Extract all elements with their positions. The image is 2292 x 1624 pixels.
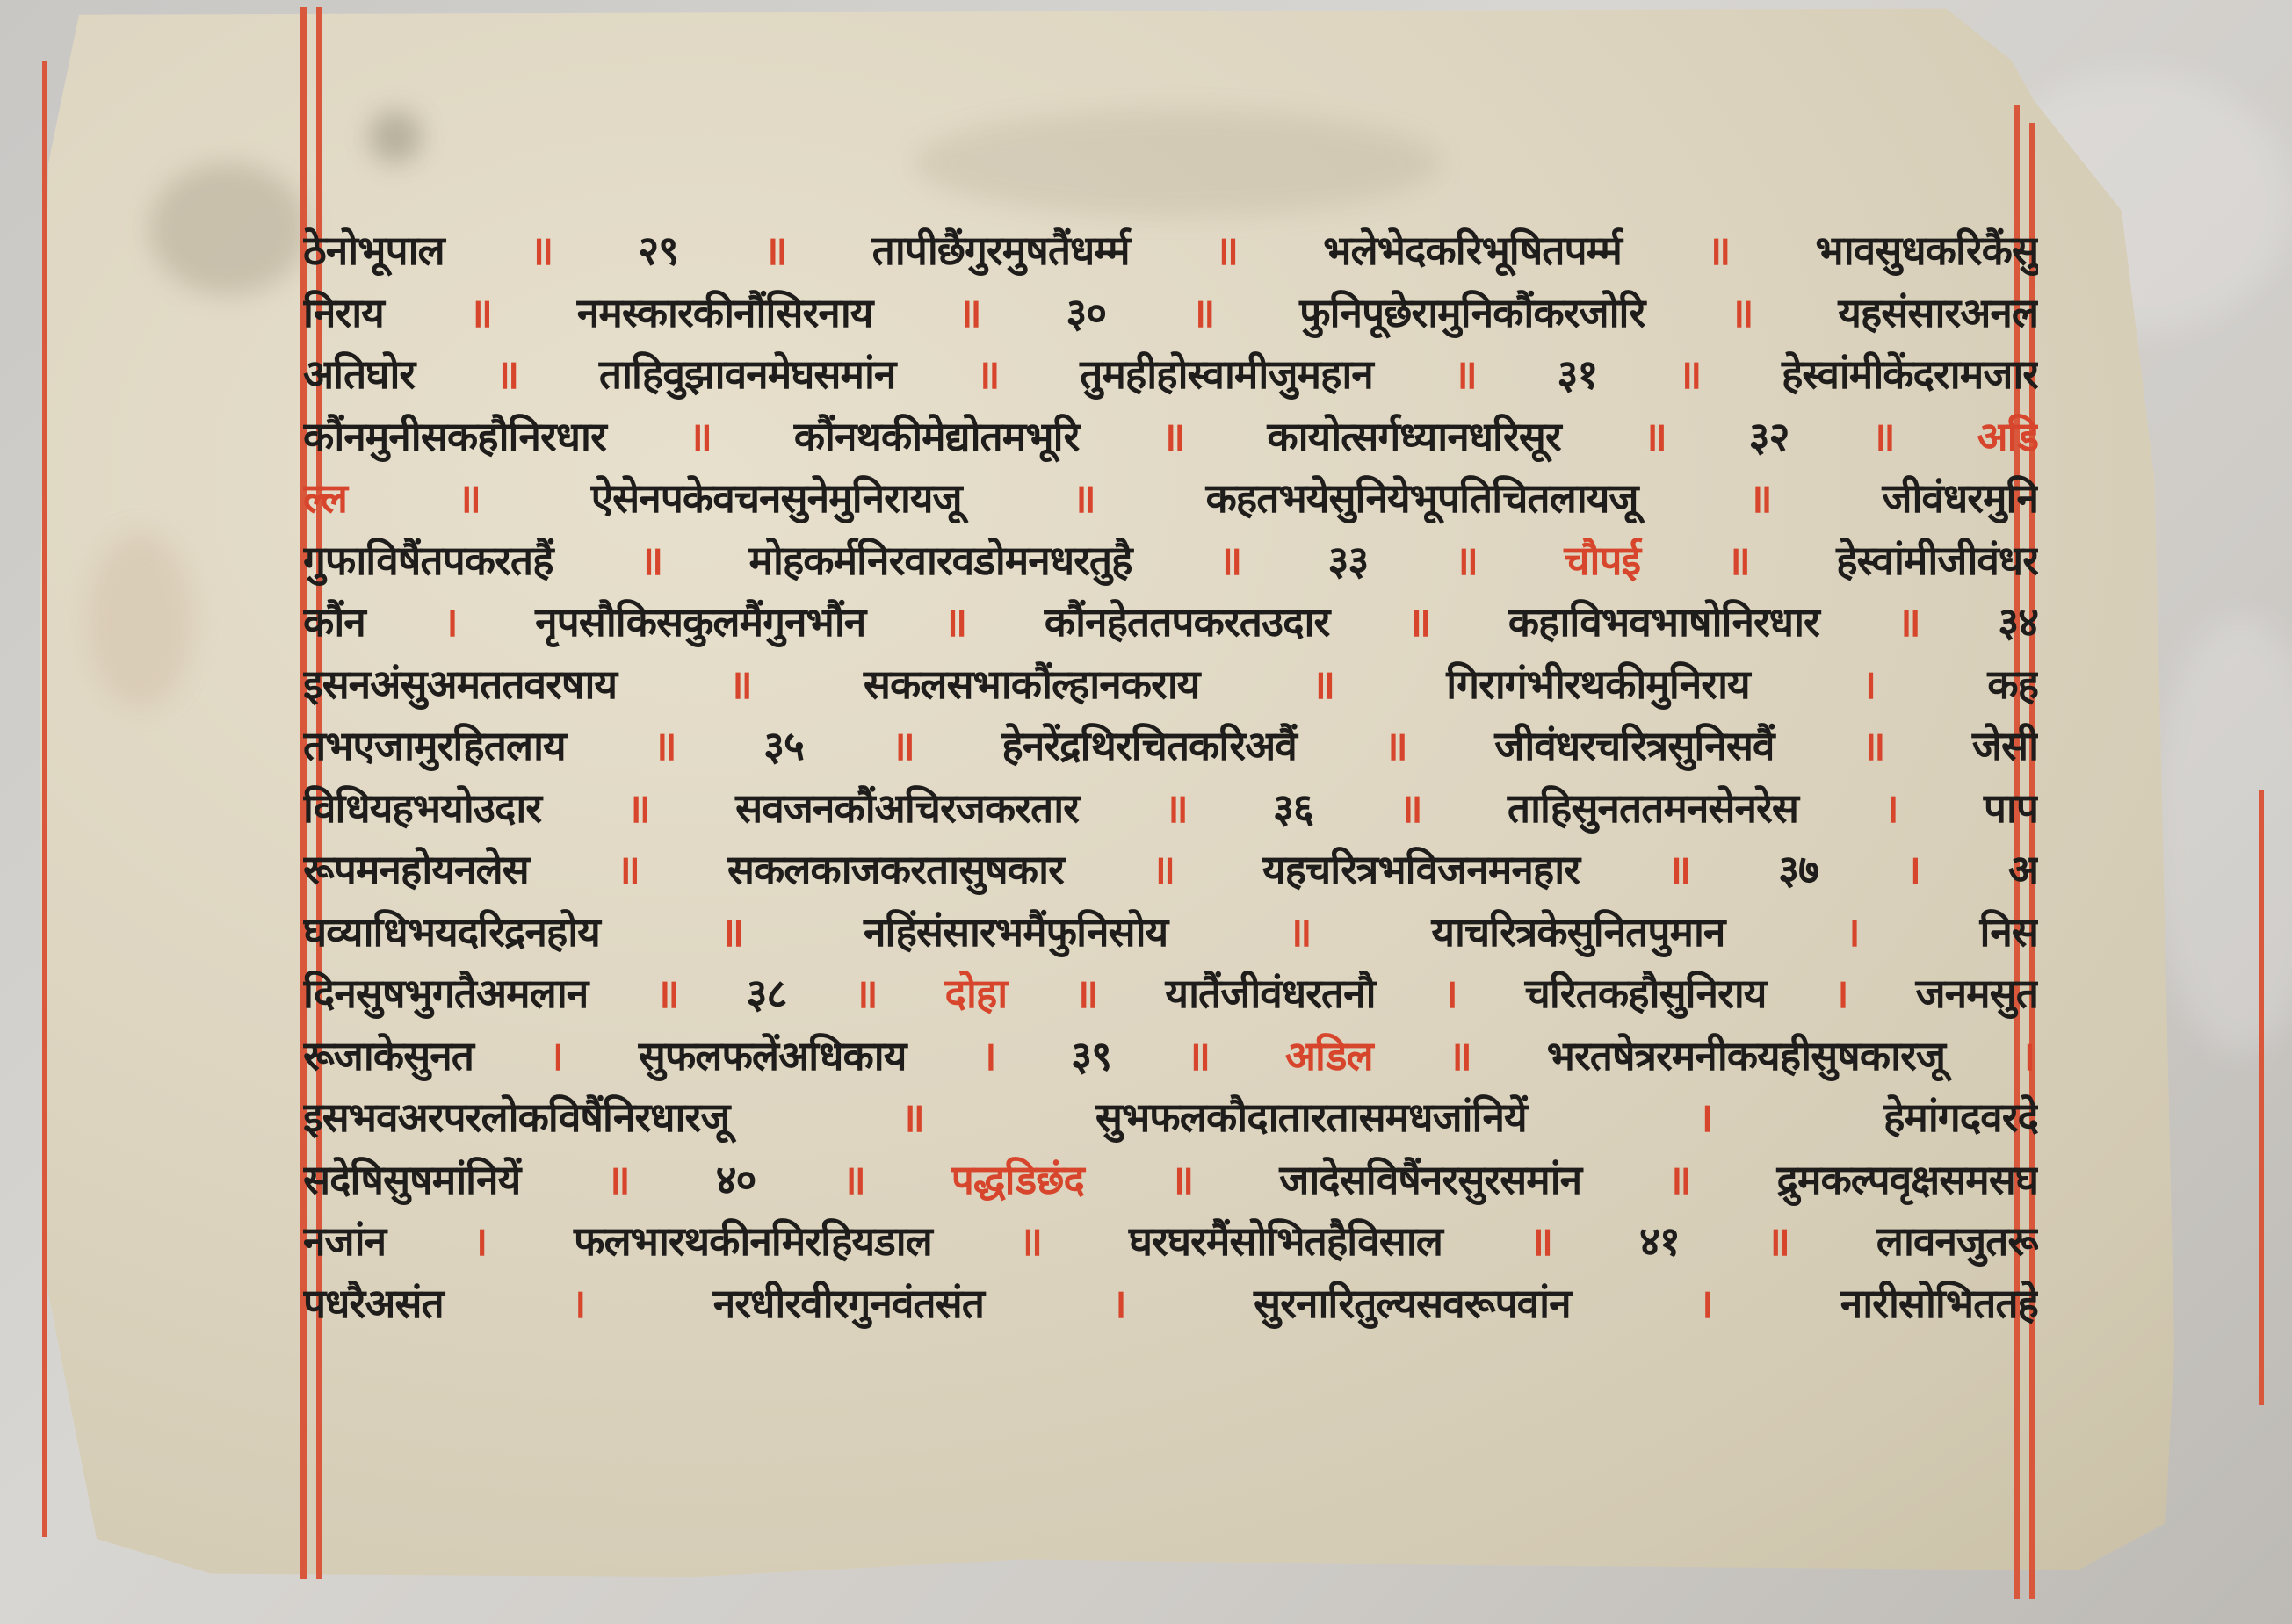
verse-text: द्रुमकल्पवृक्षसमसघ — [1777, 1156, 2038, 1203]
manuscript-line: नजांन । फलभारथकीनमिरहियडाल ॥ घरघरमैंसोभि… — [303, 1210, 2038, 1273]
danda-mark: ॥ — [854, 970, 878, 1017]
danda-mark: । — [981, 1032, 995, 1079]
verse-text: सकलकाजकरतासुषकार — [727, 846, 1064, 893]
verse-text: यहसंसारअनल — [1838, 289, 2038, 336]
danda-mark: । — [1883, 784, 1898, 832]
danda-mark: ॥ — [1862, 722, 1885, 769]
danda-mark: ॥ — [653, 722, 676, 769]
verse-text: पाप — [1984, 784, 2038, 832]
verse-text: सुरनारितुल्यसवरूपवांन — [1254, 1280, 1571, 1327]
danda-mark: ॥ — [900, 1093, 924, 1141]
verse-text: निस — [1979, 908, 2038, 956]
danda-mark: ॥ — [495, 350, 519, 398]
verse-text: ३५ — [763, 722, 804, 769]
verse-text: ३७ — [1778, 846, 1818, 893]
verse-text: ३९ — [1071, 1032, 1111, 1079]
manuscript-line: विधियहभयोउदार ॥ सवजनकौंअचिरजकरतार ॥ ३६ ॥… — [303, 777, 2038, 840]
danda-mark: । — [571, 1280, 585, 1327]
verse-text: फलभारथकीनमिरहियडाल — [574, 1217, 932, 1265]
stain — [2187, 383, 2223, 444]
verse-text: हेस्वांमीकेंदरामजार — [1782, 350, 2038, 398]
verse-text: ऐसेनपकेवचनसुनेमुनिरायजू — [591, 474, 962, 522]
verse-text: नजांन — [303, 1217, 386, 1265]
verse-text: पधरैअसंत — [303, 1280, 444, 1327]
verse-text: सुभफलकौदातारतासमधजांनियें — [1095, 1093, 1527, 1141]
danda-mark: । — [1698, 1280, 1712, 1327]
verse-text: जनमसुत — [1916, 970, 2038, 1017]
danda-mark: ॥ — [891, 722, 915, 769]
danda-mark: ॥ — [842, 1156, 865, 1203]
danda-mark: ॥ — [944, 598, 967, 646]
danda-mark: ॥ — [1170, 1156, 1194, 1203]
manuscript-line: सदेषिसुषमांनियें ॥ ४० ॥ पद्धडिछंद ॥ जादे… — [303, 1149, 2038, 1211]
verse-text: सकलसभाकौंल्हानकराय — [864, 660, 1200, 708]
verse-text: जीवंधरचरित्रसुनिसवैं — [1494, 722, 1774, 769]
danda-mark: ॥ — [1407, 598, 1431, 646]
danda-mark: ॥ — [1161, 413, 1185, 460]
danda-mark: ॥ — [958, 289, 981, 336]
danda-mark: ॥ — [1643, 413, 1667, 460]
verse-text: फुनिपूछेरामुनिकौंकरजोरि — [1299, 289, 1645, 336]
danda-mark: ॥ — [617, 846, 640, 893]
verse-text: नमस्कारकीनौंसिरनाय — [577, 289, 873, 336]
manuscript-line: ठेनोभूपाल ॥ २९ ॥ तापीछैंगुरमुषतैंधर्म्म … — [303, 220, 2038, 282]
verse-text: याचरित्रकेसुनितपुमान — [1431, 908, 1724, 956]
danda-mark: ॥ — [1748, 474, 1772, 522]
rubric-heading: ल्ल — [303, 474, 347, 522]
danda-mark: ॥ — [1215, 227, 1239, 274]
verse-text: अतिघोर — [303, 350, 415, 398]
danda-mark: । — [1698, 1093, 1712, 1141]
verse-text: ३८ — [746, 970, 786, 1017]
danda-mark: । — [1845, 908, 1859, 956]
rubric-heading: दोहा — [945, 970, 1008, 1017]
danda-mark: ॥ — [1767, 1217, 1790, 1265]
danda-mark: ॥ — [458, 474, 481, 522]
danda-mark: ॥ — [728, 660, 752, 708]
cloth-highlight — [2152, 615, 2292, 1054]
verse-text: कौंनमुनीसकहौनिरधार — [303, 413, 606, 460]
verse-text: सदेषिसुषमांनियें — [303, 1156, 520, 1203]
danda-mark: ॥ — [1667, 846, 1691, 893]
danda-mark: ॥ — [1187, 1032, 1211, 1079]
danda-mark: । — [1442, 970, 1457, 1017]
verse-text: ४० — [716, 1156, 756, 1203]
danda-mark: ॥ — [1448, 1032, 1471, 1079]
verse-text: हेमांगदवरदे — [1883, 1093, 2038, 1141]
verse-text: कौंन — [303, 598, 365, 646]
stain — [369, 111, 422, 163]
danda-mark: । — [443, 598, 457, 646]
manuscript-line: घव्याधिभयदरिद्रनहोय ॥ नहिंसंसारभमैंफुनिस… — [303, 901, 2038, 964]
danda-mark: । — [549, 1032, 563, 1079]
verse-text: चरितकहौसुनिराय — [1525, 970, 1767, 1017]
danda-mark: ॥ — [606, 1156, 630, 1203]
danda-mark: ॥ — [1667, 1156, 1691, 1203]
verse-text: ३२ — [1749, 413, 1789, 460]
verse-text: तापीछैंगुरमुषतैंधर्म्म — [872, 227, 1130, 274]
danda-mark: । — [1862, 660, 1876, 708]
manuscript-line: निराय ॥ नमस्कारकीनौंसिरनाय ॥ ३० ॥ फुनिपू… — [303, 282, 2038, 344]
danda-mark: ॥ — [1218, 537, 1242, 584]
verse-text: जीवंधरमुनि — [1882, 474, 2038, 522]
verse-text: भरतषेत्ररमनीकयहीसुषकारजू — [1547, 1032, 1945, 1079]
rubric-heading: अडि — [1977, 413, 2038, 460]
danda-mark: ॥ — [655, 970, 679, 1017]
margin-rule-outer-right — [2259, 790, 2264, 1405]
stain — [149, 163, 307, 295]
verse-text: नृपसौकिसकुलमैंगुनभौंन — [535, 598, 865, 646]
verse-text: ३३ — [1328, 537, 1369, 584]
verse-text: दिनसुषभुगतैअमलान — [303, 970, 588, 1017]
danda-mark: ॥ — [1019, 1217, 1043, 1265]
danda-mark: । — [1906, 846, 1920, 893]
danda-mark: ॥ — [1072, 474, 1095, 522]
verse-text: तभएजामुरहितलाय — [303, 722, 566, 769]
danda-mark: । — [2021, 1032, 2035, 1079]
verse-text: यहचरित्रभविजनमनहार — [1262, 846, 1580, 893]
verse-text: कह — [1987, 660, 2038, 708]
danda-mark: ॥ — [1152, 846, 1175, 893]
stain — [88, 532, 193, 708]
verse-text: कौंनथकीमेद्योतमभूरि — [794, 413, 1080, 460]
verse-text: ३० — [1066, 289, 1106, 336]
stain — [914, 111, 1441, 216]
verse-text: हेस्वांमीजीवंधर — [1836, 537, 2038, 584]
danda-mark: ॥ — [1312, 660, 1335, 708]
verse-text: ताहिवुझावनमेघसमांन — [599, 350, 896, 398]
danda-mark: ॥ — [1678, 350, 1702, 398]
danda-mark: ॥ — [640, 537, 663, 584]
danda-mark: ॥ — [688, 413, 712, 460]
verse-text: भावसुधकरिकैंसु — [1815, 227, 2038, 274]
verse-text: विधियहभयोउदार — [303, 784, 541, 832]
danda-mark: । — [1833, 970, 1847, 1017]
manuscript-line: अतिघोर ॥ ताहिवुझावनमेघसमांन ॥ तुमहीहोस्व… — [303, 343, 2038, 406]
verse-text: जादेसविषैंनरसुरसमांन — [1279, 1156, 1581, 1203]
verse-text: ४१ — [1639, 1217, 1680, 1265]
danda-mark: ॥ — [720, 908, 744, 956]
verse-text: नारीसोभिततहे — [1840, 1280, 2038, 1327]
manuscript-text: ठेनोभूपाल ॥ २९ ॥ तापीछैंगुरमुषतैंधर्म्म … — [303, 220, 2038, 1334]
verse-text: तुमहीहोस्वामीजुमहान — [1080, 350, 1373, 398]
rubric-heading: अडिल — [1285, 1032, 1373, 1079]
danda-mark: ॥ — [626, 784, 650, 832]
verse-text: ताहिसुनततमनसेनरेस — [1508, 784, 1798, 832]
rubric-heading: चौपई — [1564, 537, 1640, 584]
manuscript-line: रूपमनहोयनलेस ॥ सकलकाजकरतासुषकार ॥ यहचरित… — [303, 839, 2038, 901]
verse-text: इसभवअरपरलोकविषैंनिरधारजू — [303, 1093, 729, 1141]
verse-text: कहाविभवभाषोनिरधार — [1508, 598, 1819, 646]
manuscript-line: तभएजामुरहितलाय ॥ ३५ ॥ हेनरेंद्रथिरचितकरि… — [303, 715, 2038, 777]
margin-rule-outer-left — [42, 61, 47, 1537]
danda-mark: ॥ — [1384, 722, 1407, 769]
verse-text: अ — [2008, 846, 2038, 893]
verse-text: मोहकर्मनिरवारवडोमनधरतुहै — [748, 537, 1132, 584]
verse-text: इसनअंसुअमततवरषाय — [303, 660, 617, 708]
danda-mark: ॥ — [1726, 537, 1750, 584]
verse-text: नहिंसंसारभमैंफुनिसोय — [864, 908, 1168, 956]
manuscript-line: गुफाविषैंतपकरतहैं ॥ मोहकर्मनिरवारवडोमनधर… — [303, 530, 2038, 592]
danda-mark: ॥ — [1453, 350, 1477, 398]
danda-mark: ॥ — [530, 227, 553, 274]
manuscript-line: पधरैअसंत । नरधीरवीरगुनवंतसंत । सुरनारितु… — [303, 1273, 2038, 1335]
verse-text: नरधीरवीरगुनवंतसंत — [713, 1280, 984, 1327]
danda-mark: ॥ — [469, 289, 493, 336]
verse-text: ३४ — [1998, 598, 2038, 646]
verse-text: सुफलफलेंअधिकाय — [639, 1032, 907, 1079]
manuscript-line: इसभवअरपरलोकविषैंनिरधारजू ॥ सुभफलकौदातारत… — [303, 1086, 2038, 1149]
danda-mark: ॥ — [1455, 537, 1479, 584]
verse-text: कहतभयेसुनियेभूपतिचितलायजू — [1205, 474, 1638, 522]
manuscript-line: रूजाकेसुनत । सुफलफलेंअधिकाय । ३९ ॥ अडिल … — [303, 1025, 2038, 1087]
verse-text: रूजाकेसुनत — [303, 1032, 474, 1079]
verse-text: निराय — [303, 289, 384, 336]
manuscript-line: कौंन । नृपसौकिसकुलमैंगुनभौंन ॥ कौंनहेततप… — [303, 591, 2038, 653]
manuscript-line: ल्ल ॥ ऐसेनपकेवचनसुनेमुनिरायजू ॥ कहतभयेसु… — [303, 467, 2038, 530]
danda-mark: ॥ — [1529, 1217, 1553, 1265]
manuscript-line: कौंनमुनीसकहौनिरधार ॥ कौंनथकीमेद्योतमभूरि… — [303, 406, 2038, 468]
danda-mark: ॥ — [1871, 413, 1895, 460]
verse-text: कौंनहेततपकरतउदार — [1045, 598, 1330, 646]
danda-mark: ॥ — [976, 350, 1000, 398]
rubric-heading: पद्धडिछंद — [951, 1156, 1084, 1203]
danda-mark: । — [1111, 1280, 1125, 1327]
manuscript-line: दिनसुषभुगतैअमलान ॥ ३८ ॥ दोहा ॥ यातैंजीवं… — [303, 963, 2038, 1025]
verse-text: घव्याधिभयदरिद्रनहोय — [303, 908, 600, 956]
verse-text: जेसी — [1972, 722, 2038, 769]
danda-mark: ॥ — [1164, 784, 1188, 832]
verse-text: लावनजुतरू — [1876, 1217, 2038, 1265]
verse-text: कायोत्सर्गध्यानधरिसूर — [1267, 413, 1560, 460]
manuscript-line: इसनअंसुअमततवरषाय ॥ सकलसभाकौंल्हानकराय ॥ … — [303, 653, 2038, 716]
verse-text: २९ — [638, 227, 678, 274]
danda-mark: ॥ — [1191, 289, 1215, 336]
verse-text: गुफाविषैंतपकरतहैं — [303, 537, 553, 584]
verse-text: रूपमनहोयनलेस — [303, 846, 529, 893]
danda-mark: ॥ — [1730, 289, 1753, 336]
danda-mark: ॥ — [1707, 227, 1731, 274]
verse-text: ३६ — [1273, 784, 1313, 832]
verse-text: भलेभेदकरिभूषितपर्म्म — [1323, 227, 1622, 274]
danda-mark: ॥ — [1074, 970, 1098, 1017]
verse-text: ३१ — [1558, 350, 1598, 398]
danda-mark: ॥ — [763, 227, 787, 274]
danda-mark: । — [473, 1217, 487, 1265]
danda-mark: ॥ — [1288, 908, 1312, 956]
danda-mark: ॥ — [1897, 598, 1920, 646]
verse-text: गिरागंभीरथकीमुनिराय — [1446, 660, 1750, 708]
verse-text: यातैंजीवंधरतनौ — [1165, 970, 1375, 1017]
verse-text: ठेनोभूपाल — [303, 227, 445, 274]
verse-text: हेनरेंद्रथिरचितकरिअवैं — [1001, 722, 1296, 769]
danda-mark: ॥ — [1399, 784, 1422, 832]
verse-text: घरघरमैंसोभितहैविसाल — [1129, 1217, 1442, 1265]
verse-text: सवजनकौंअचिरजकरतार — [735, 784, 1079, 832]
